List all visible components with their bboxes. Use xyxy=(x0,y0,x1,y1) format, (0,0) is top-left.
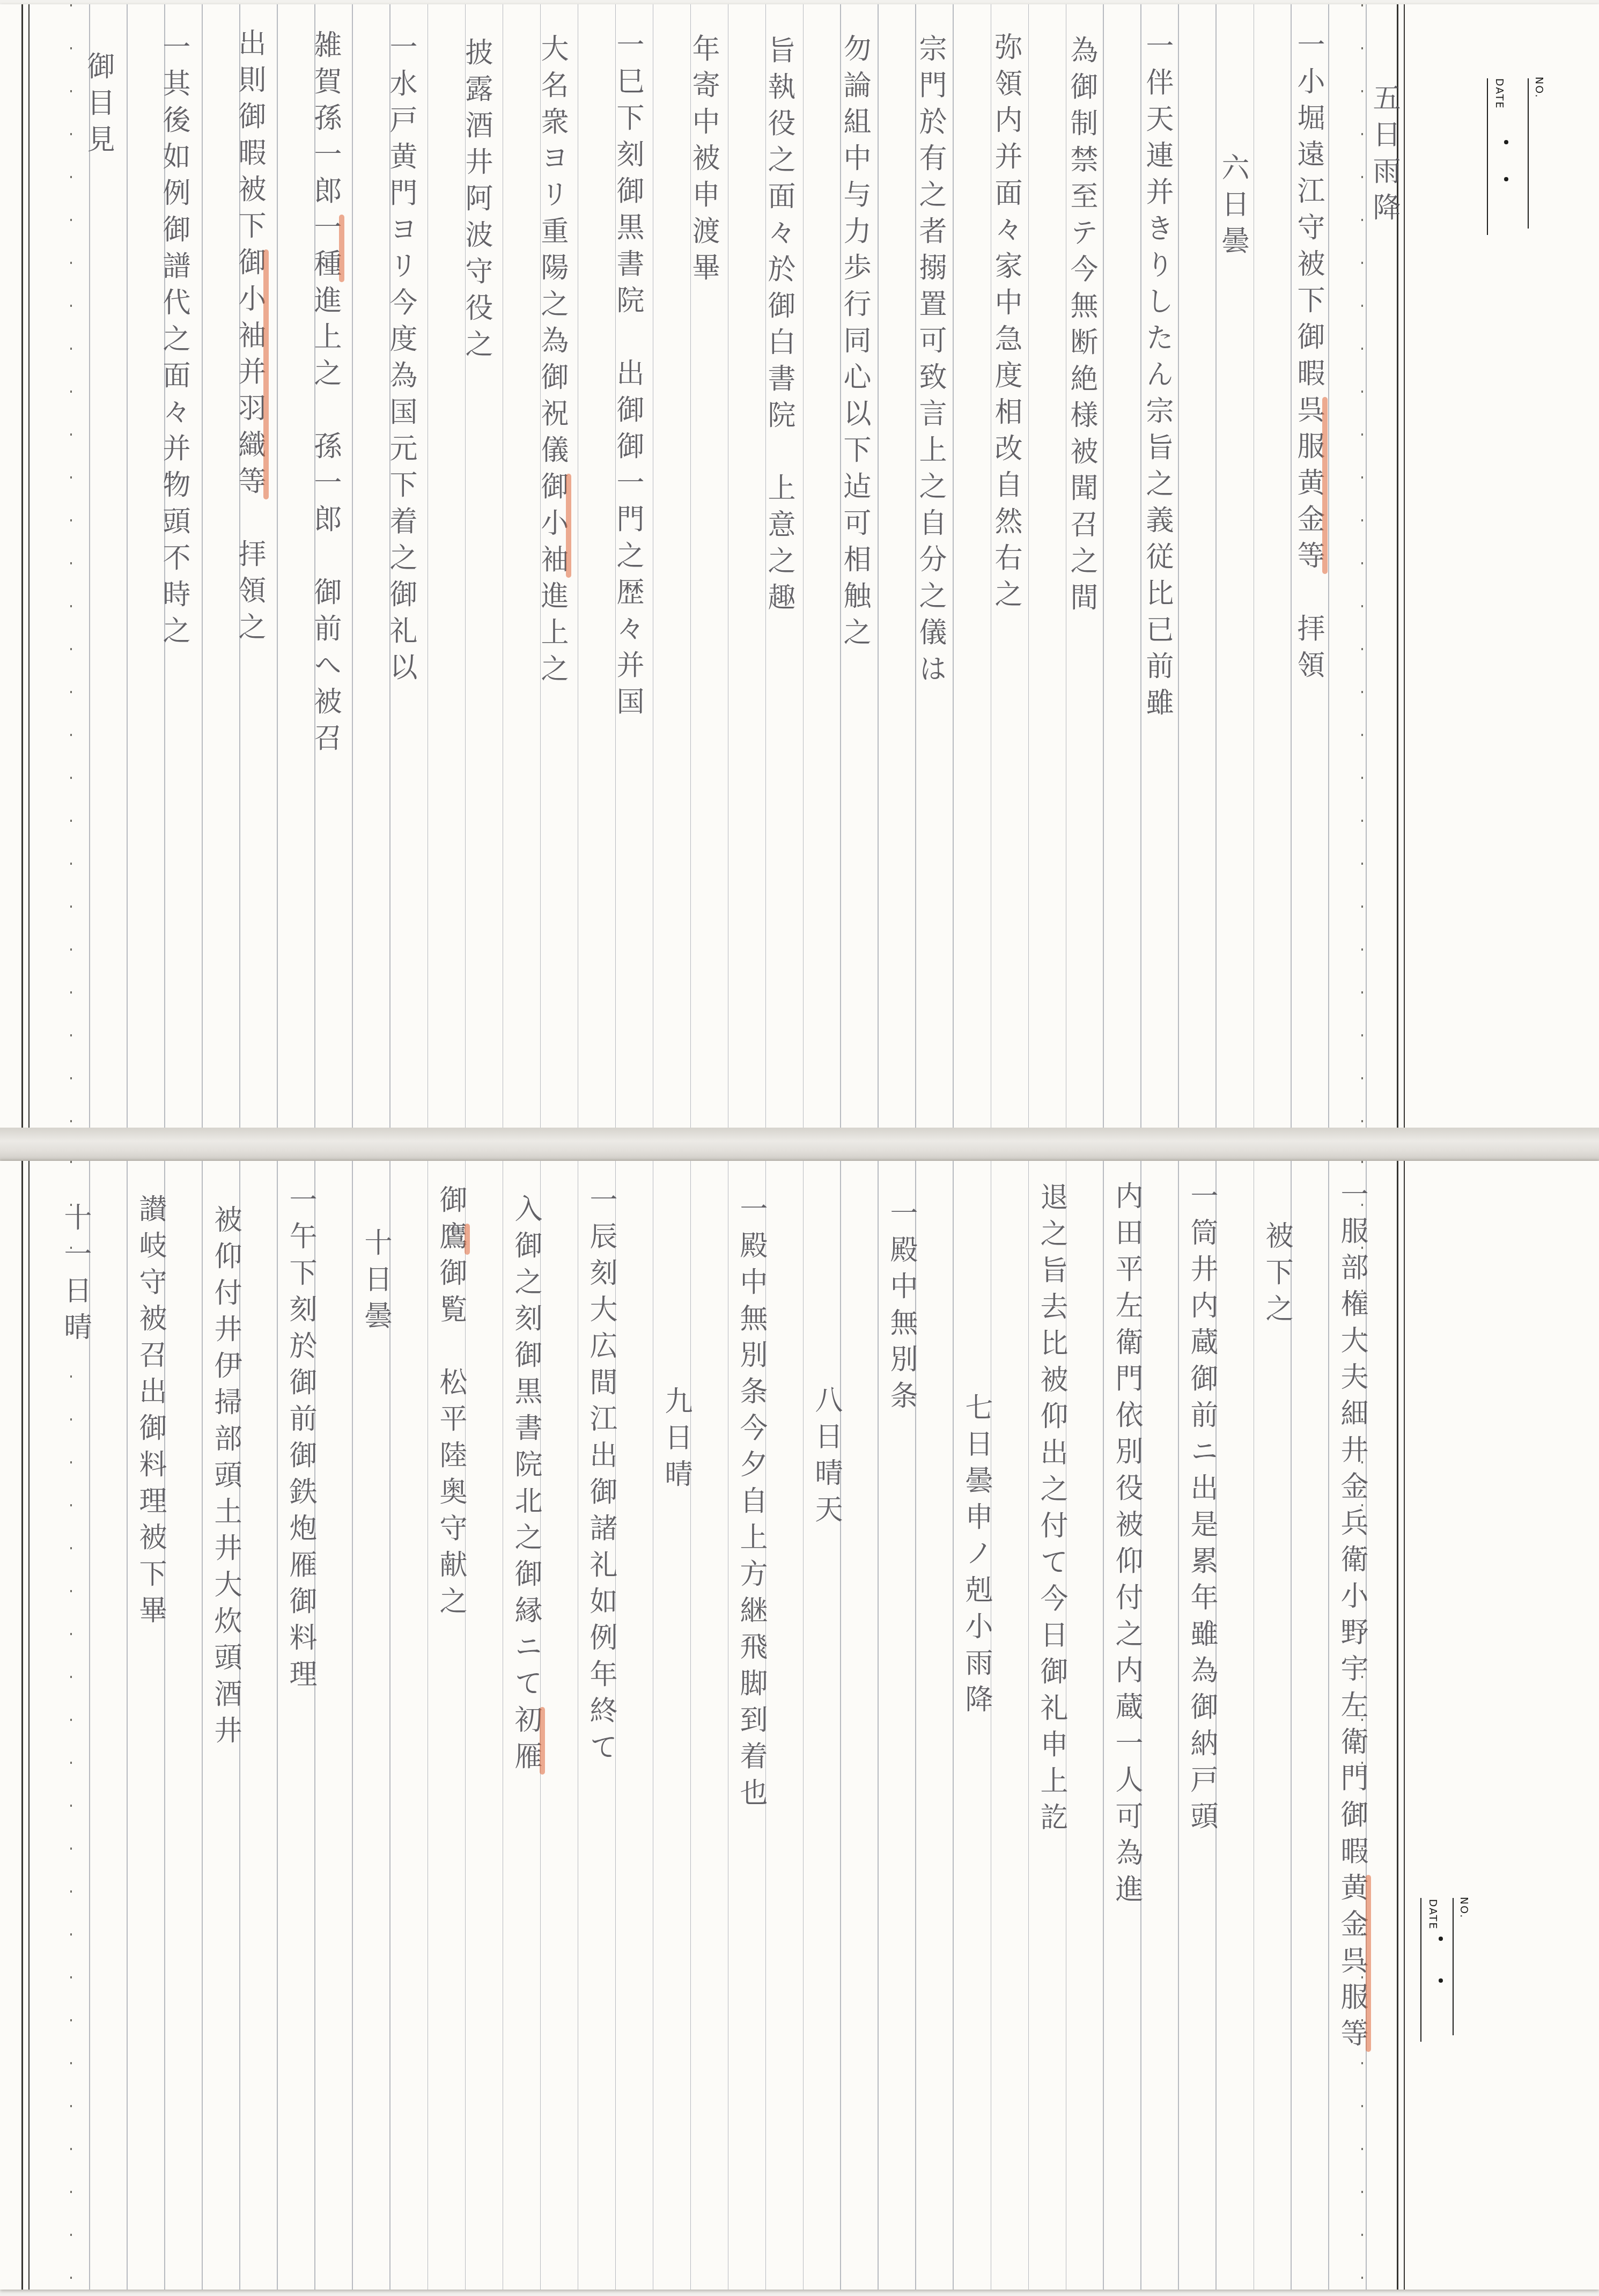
vermilion-highlight-line xyxy=(1366,1875,1371,2052)
handwritten-column: 九日晴 xyxy=(657,1386,695,1496)
handwritten-column: 御鷹御覧 松平陸奥守献之 xyxy=(432,1185,469,1623)
handwritten-column: 旨執役之面々於御白書院 上意之趣 xyxy=(760,35,798,619)
handwritten-column: 十日曇 xyxy=(357,1228,394,1337)
handwritten-column: 為御制禁至テ今無断絶様被聞召之間 xyxy=(1063,35,1100,619)
handwritten-column: 大名衆ヨリ重陽之為御祝儀御小袖進上之 xyxy=(533,34,571,690)
vermilion-highlight-line xyxy=(339,215,344,282)
handwritten-column: 被下之 xyxy=(1258,1221,1295,1330)
handwritten-column: 一午下刻於御前御鉄炮雁御料理 xyxy=(282,1185,319,1696)
handwritten-column: 七日曇申ノ剋小雨降 xyxy=(957,1393,995,1721)
handwritten-column: 一殿中無別条今夕自上方継飛脚到着也 xyxy=(732,1194,770,1814)
handwritten-column: 一其後如例御譜代之面々并物頭不時之 xyxy=(155,32,193,652)
handwritten-column: 一筒井内蔵御前ニ出是累年雖為御納戸頭 xyxy=(1183,1181,1220,1838)
page-gap-shadow xyxy=(0,1128,1599,1161)
handwritten-column: 五日雨降 xyxy=(1365,83,1403,229)
handwritten-column: 一巳下刻御黒書院 出御御一門之歴々并国 xyxy=(609,30,646,723)
handwritten-column: 八日晴天 xyxy=(807,1385,845,1531)
handwritten-column: 御目見 xyxy=(79,51,117,161)
handwriting-layer-page-2: 一服部権大夫細井金兵衛小野宇左衛門御暇黄金呉服等被下之一筒井内蔵御前ニ出是累年雖… xyxy=(0,1161,1599,2290)
handwritten-column: 六日曇 xyxy=(1214,153,1251,262)
handwritten-column: 一小堀遠江守被下御暇呉服黄金等 拝領 xyxy=(1289,30,1327,687)
handwritten-column: 被仰付井伊掃部頭土井大炊頭酒井 xyxy=(207,1205,244,1752)
handwritten-column: 弥領内并面々家中急度相改自然右之 xyxy=(987,32,1025,616)
handwritten-column: 雑賀孫一郎一種進上之 孫一郎 御前へ被召 xyxy=(306,30,344,760)
handwritten-column: 一殿中無別条 xyxy=(882,1198,920,1417)
handwritten-column: 披露酒井阿波守役之 xyxy=(458,38,495,366)
handwritten-column: 宗門於有之者搦置可致言上之自分之儀は xyxy=(911,34,949,690)
handwriting-layer-page-1: 五日雨降一小堀遠江守被下御暇呉服黄金等 拝領六日曇一伴天連并きりしたん宗旨之義従… xyxy=(0,4,1599,1128)
vermilion-highlight-line xyxy=(263,249,269,499)
handwritten-column: 出則御暇被下御小袖并羽織等 拝領之 xyxy=(231,28,268,649)
manuscript-scan: NO. DATE 五日雨降一小堀遠江守被下御暇呉服黄金等 拝領六日曇一伴天連并き… xyxy=(0,0,1599,2296)
handwritten-column: 年寄中被申渡畢 xyxy=(684,34,722,289)
vermilion-highlight-line xyxy=(465,1224,470,1255)
handwritten-column: 内田平左衛門依別役被仰付之内蔵一人可為進 xyxy=(1108,1181,1145,1911)
vermilion-highlight-line xyxy=(1322,397,1328,574)
handwritten-column: 入御之刻御黒書院北之御縁ニて初雁 xyxy=(507,1194,544,1778)
vermilion-highlight-line xyxy=(540,1707,545,1775)
notebook-page-2: NO. DATE 一服部権大夫細井金兵衛小野宇左衛門御暇黄金呉服等被下之一筒井内… xyxy=(0,1161,1599,2290)
handwritten-column: 勿論組中与力歩行同心以下迠可相触之 xyxy=(836,34,873,654)
vermilion-highlight-line xyxy=(566,474,571,578)
handwritten-column: 一服部権大夫細井金兵衛小野宇左衛門御暇黄金呉服等 xyxy=(1333,1180,1370,2055)
handwritten-column: 一辰刻大広間江出御諸礼如例年終て xyxy=(582,1185,620,1769)
handwritten-column: 一水戸黄門ヨリ今度為国元下着之御礼以 xyxy=(382,32,419,689)
handwritten-column: 退之旨去比被仰出之付て今日御礼申上訖 xyxy=(1033,1182,1070,1839)
handwritten-column: 一伴天連并きりしたん宗旨之義従比已前雖 xyxy=(1138,31,1176,724)
handwritten-column: 讃岐守被召出御料理被下畢 xyxy=(131,1194,169,1632)
handwritten-column: 十一日晴 xyxy=(56,1203,94,1349)
notebook-page-1: NO. DATE 五日雨降一小堀遠江守被下御暇呉服黄金等 拝領六日曇一伴天連并き… xyxy=(0,4,1599,1128)
